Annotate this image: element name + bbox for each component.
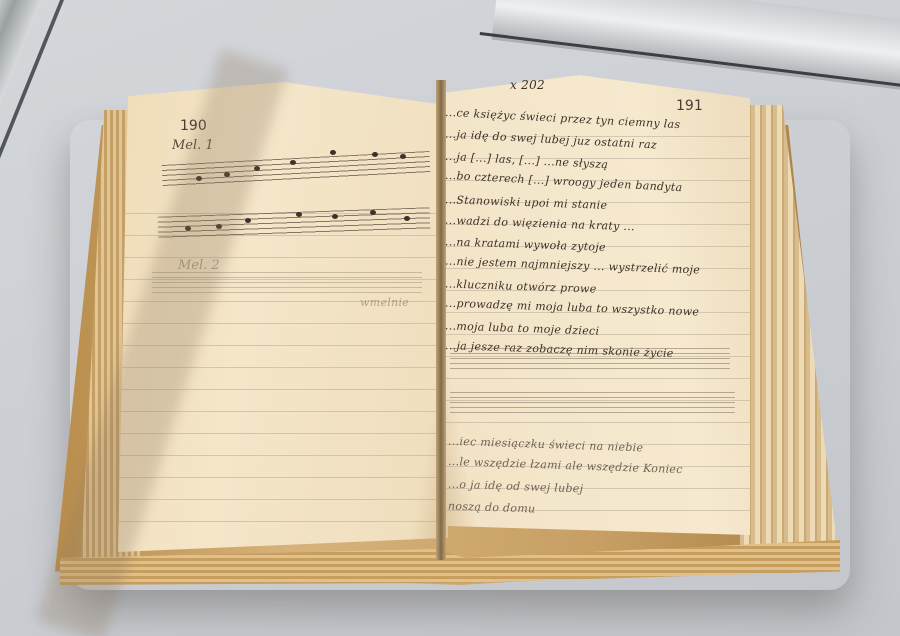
music-note: [296, 212, 302, 217]
page-number-right: 191: [676, 98, 703, 114]
music-note: [404, 216, 410, 221]
music-note: [372, 152, 378, 157]
music-note: [245, 218, 251, 223]
photo-scene: 190 Mel. 1 Mel. 2 wmelnie x 202 191 ...c…: [0, 0, 900, 636]
page-top-mark: x 202: [510, 78, 545, 92]
music-note: [332, 214, 338, 219]
music-note: [290, 160, 296, 165]
music-staff: [450, 348, 730, 370]
music-note: [370, 210, 376, 215]
music-note: [400, 154, 406, 159]
pencil-text: wmelnie: [360, 296, 409, 309]
music-staff: [450, 392, 735, 414]
music-note: [330, 150, 336, 155]
display-case-edge-left: [0, 0, 64, 636]
